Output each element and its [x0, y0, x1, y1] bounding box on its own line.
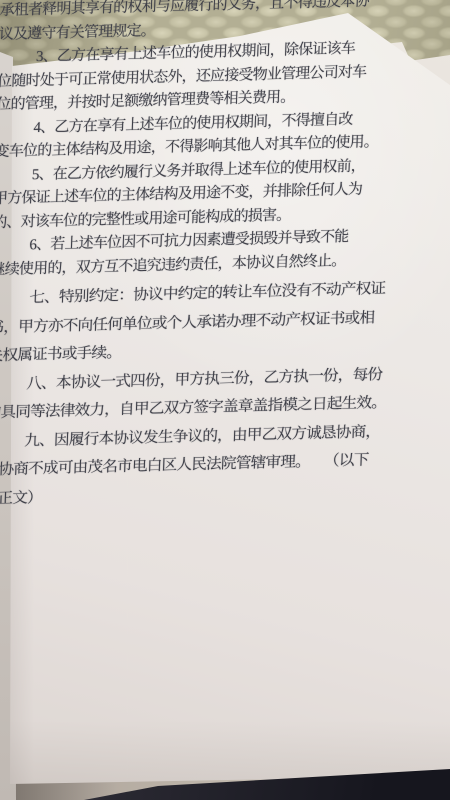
photo-of-agreement-page: 承租者释明其享有的权利与应履行的义务，且不得违反本协 议及遵守有关管理规定。 3… — [0, 0, 450, 800]
agreement-text-upper: 承租者释明其享有的权利与应履行的义务，且不得违反本协 议及遵守有关管理规定。 3… — [0, 0, 380, 282]
agreement-text: 承租者释明其享有的权利与应履行的义务，且不得违反本协 议及遵守有关管理规定。 3… — [0, 0, 380, 521]
agreement-text-lower: 七、特别约定：协议中约定的转让车位没有不动产权证 书，甲方亦不向任何单位或个人承… — [0, 275, 387, 514]
